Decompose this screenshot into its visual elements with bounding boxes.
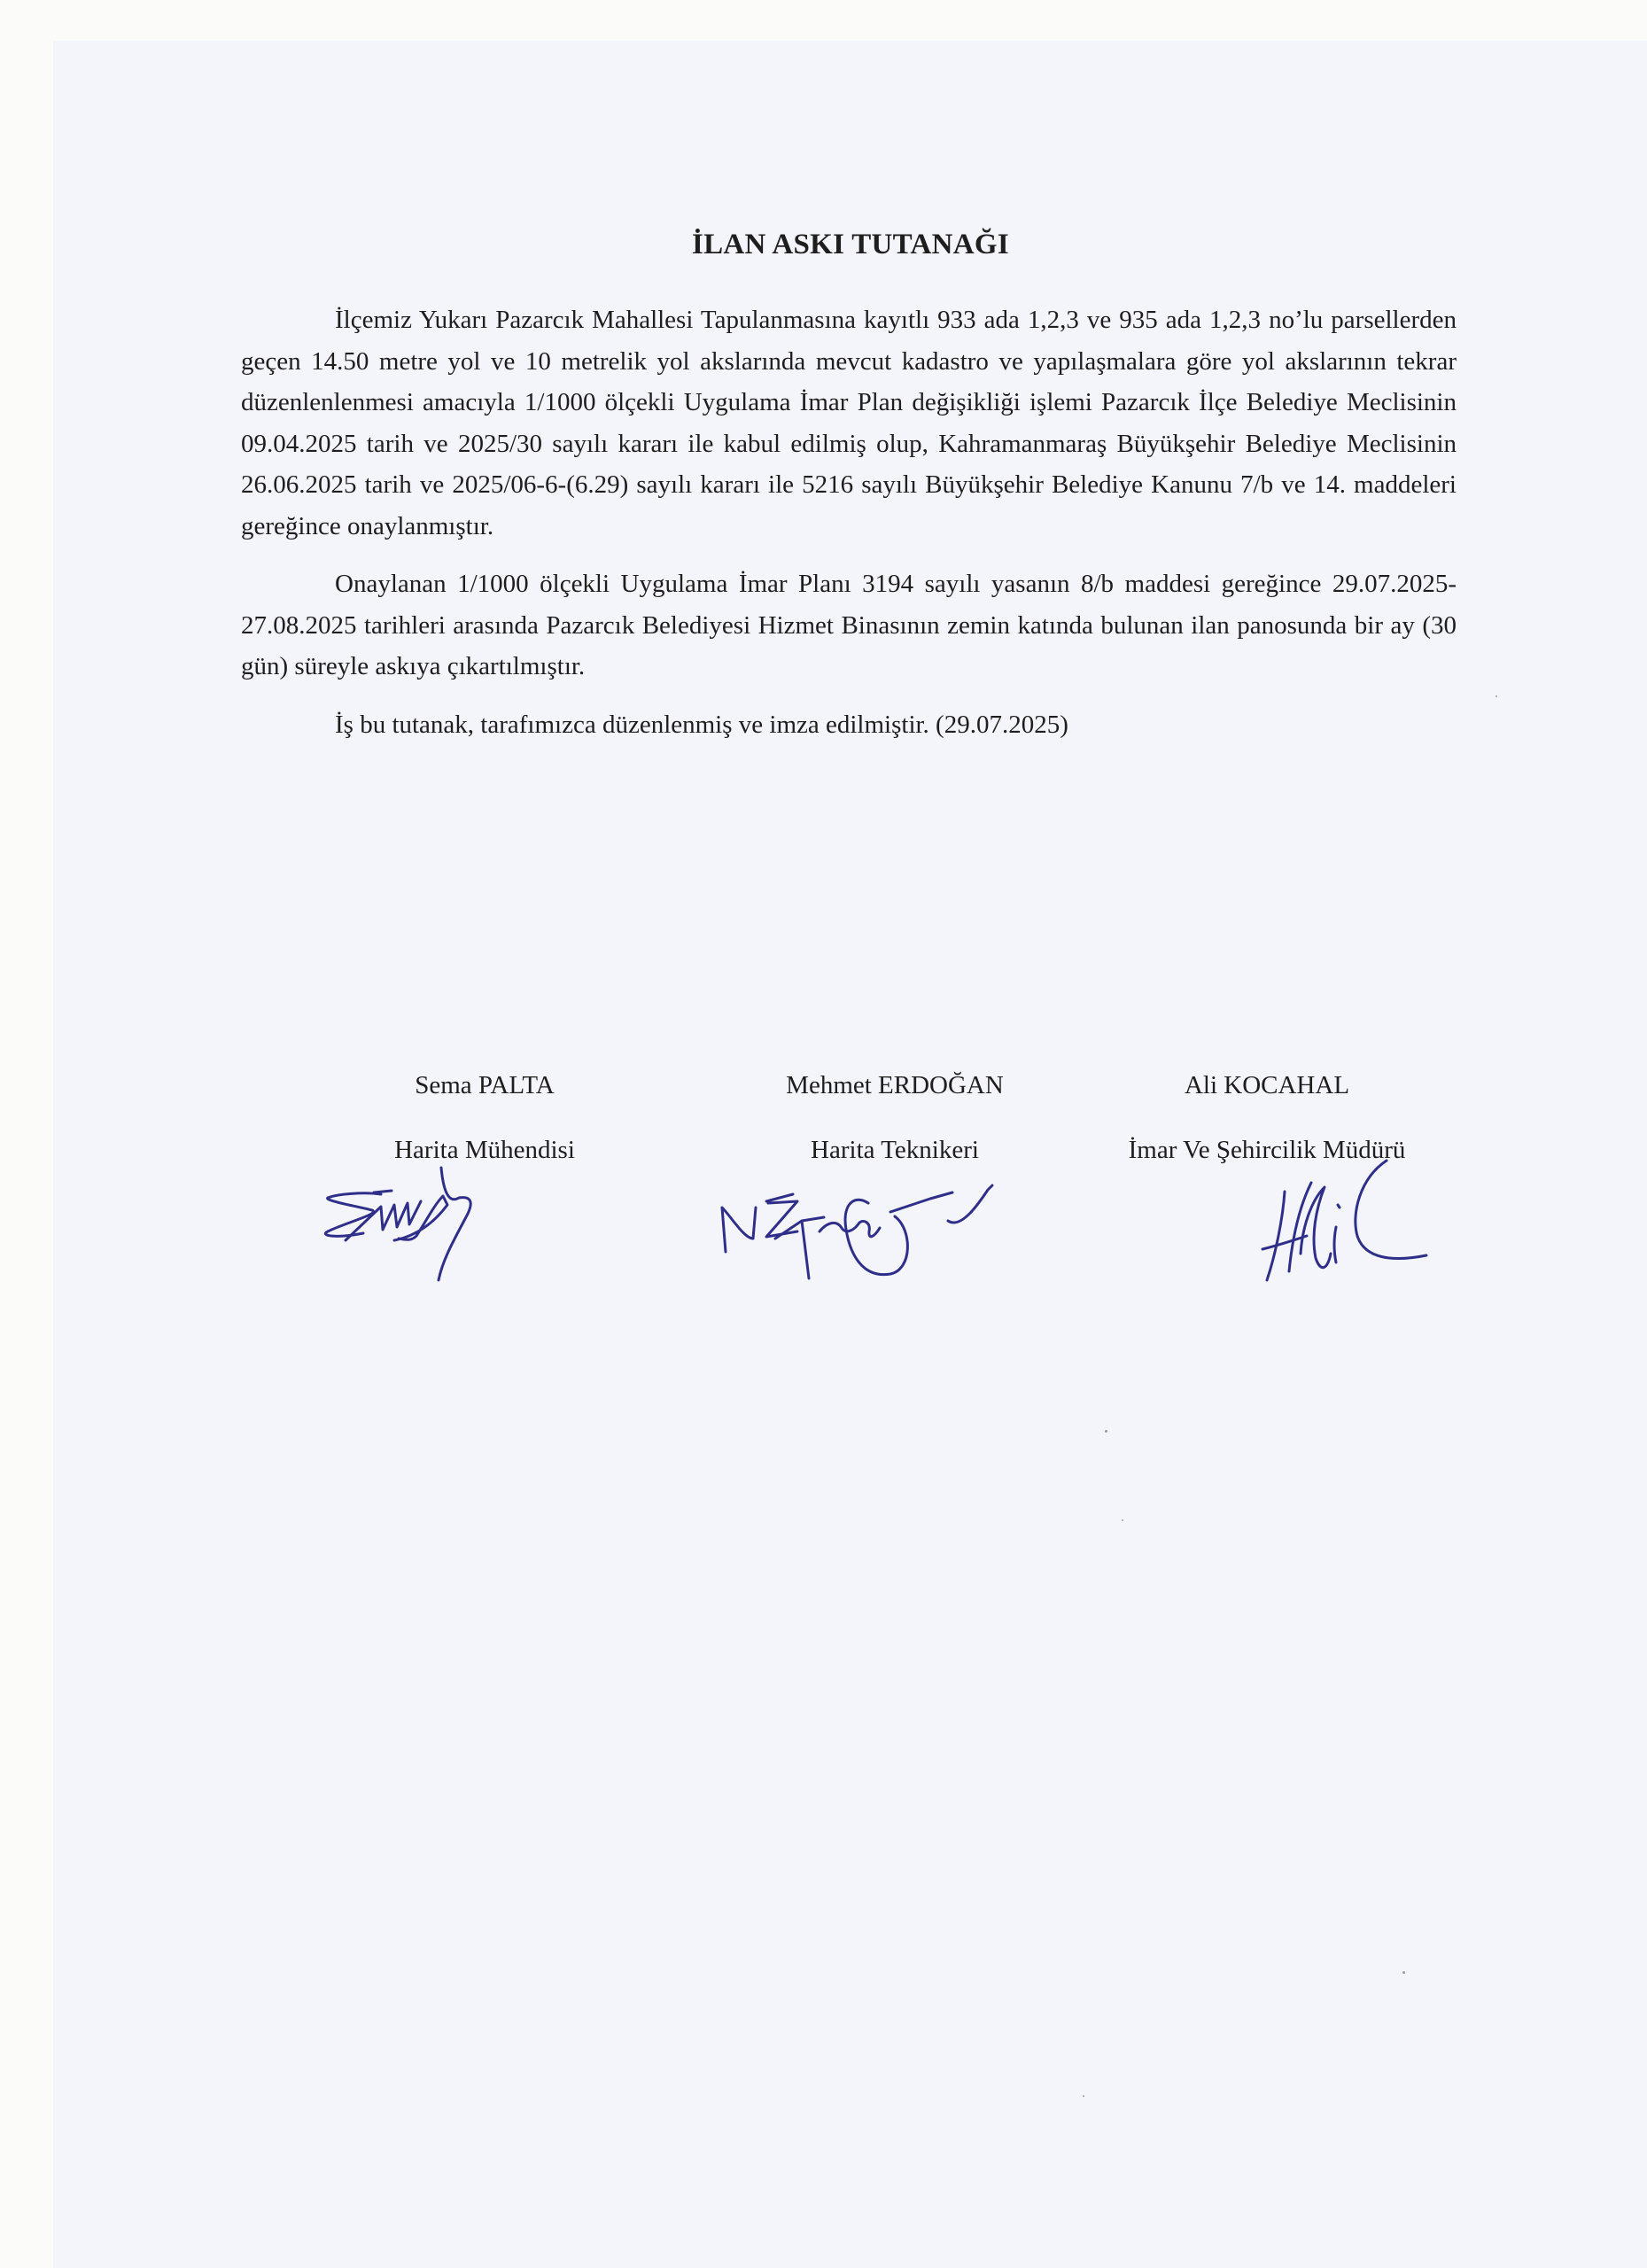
signatory-role: Harita Teknikeri [731,1132,1059,1168]
paragraph-posting: Onaylanan 1/1000 ölçekli Uygulama İmar P… [241,563,1457,687]
scan-speck [1402,1971,1405,1974]
signatory-name: Mehmet ERDOĞAN [731,1068,1059,1103]
signatory-2: Mehmet ERDOĞAN Harita Teknikeri [731,1068,1059,1168]
scan-speck [1496,695,1497,697]
paragraph-approval: İlçemiz Yukarı Pazarcık Mahallesi Tapula… [241,299,1457,547]
document-body: İlçemiz Yukarı Pazarcık Mahallesi Tapula… [241,299,1457,762]
signatory-name: Sema PALTA [330,1068,640,1103]
scan-speck [1083,2095,1084,2097]
scan-speck [1122,1519,1123,1521]
signature-ali-kocahal-icon [1258,1138,1453,1293]
signatory-name: Ali KOCAHAL [1081,1068,1453,1103]
scan-speck [1105,1430,1107,1433]
signature-mehmet-erdogan-icon [713,1168,1014,1283]
signature-sema-palta-icon [310,1152,505,1285]
paragraph-closing: İş bu tutanak, tarafımızca düzenlenmiş v… [241,704,1457,746]
document-title: İLAN ASKI TUTANAĞI [0,229,1647,261]
